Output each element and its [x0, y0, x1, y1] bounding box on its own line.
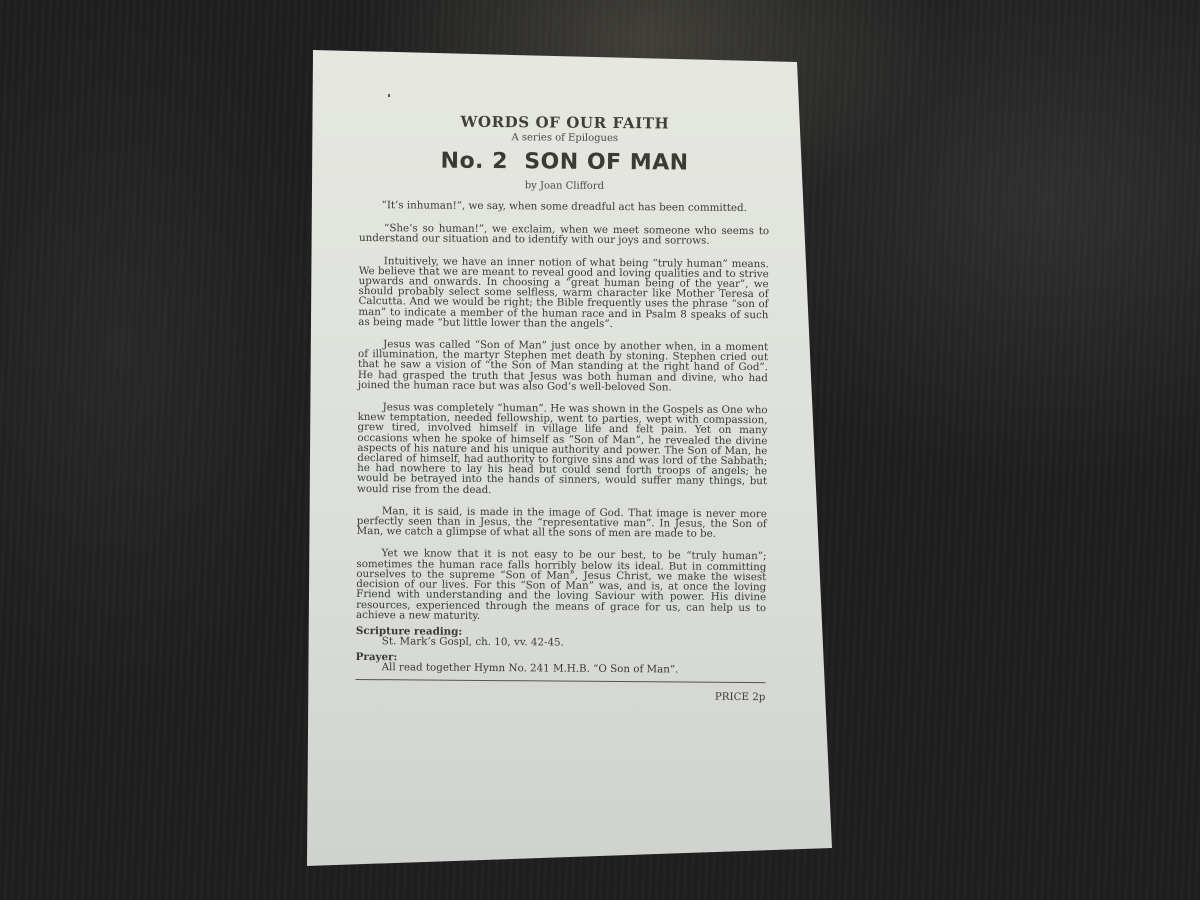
- paragraph: “She’s so human!”, we exclaim, when we m…: [359, 223, 769, 247]
- paragraph: Jesus was completely “human”. He was sho…: [357, 402, 768, 497]
- divider-rule: [356, 679, 766, 683]
- paragraph: Yet we know that it is not easy to be ou…: [356, 548, 767, 623]
- paragraph: Man, it is said, is made in the image of…: [357, 506, 767, 540]
- series-subtitle: A series of Epilogues: [360, 131, 770, 145]
- leaflet-title: No. 2 SON OF MAN: [360, 148, 770, 176]
- scripture-text: St. Mark’s Gospl, ch. 10, vv. 42-45.: [356, 636, 766, 649]
- leaflet-content: WORDS OF OUR FAITH A series of Epilogues…: [355, 110, 770, 703]
- paper-speck: [388, 94, 390, 97]
- author-byline: by Joan Clifford: [359, 179, 769, 193]
- prayer-text: All read together Hymn No. 241 M.H.B. “O…: [356, 662, 766, 675]
- paragraph: Jesus was called “Son of Man” just once …: [358, 339, 768, 393]
- series-title: WORDS OF OUR FAITH: [360, 112, 770, 133]
- paragraph: Intuitively, we have an inner notion of …: [358, 256, 769, 331]
- price-label: PRICE 2p: [355, 688, 765, 703]
- leaflet-page: WORDS OF OUR FAITH A series of Epilogues…: [305, 48, 835, 868]
- paragraph: “It’s inhuman!”, we say, when some dread…: [359, 200, 769, 213]
